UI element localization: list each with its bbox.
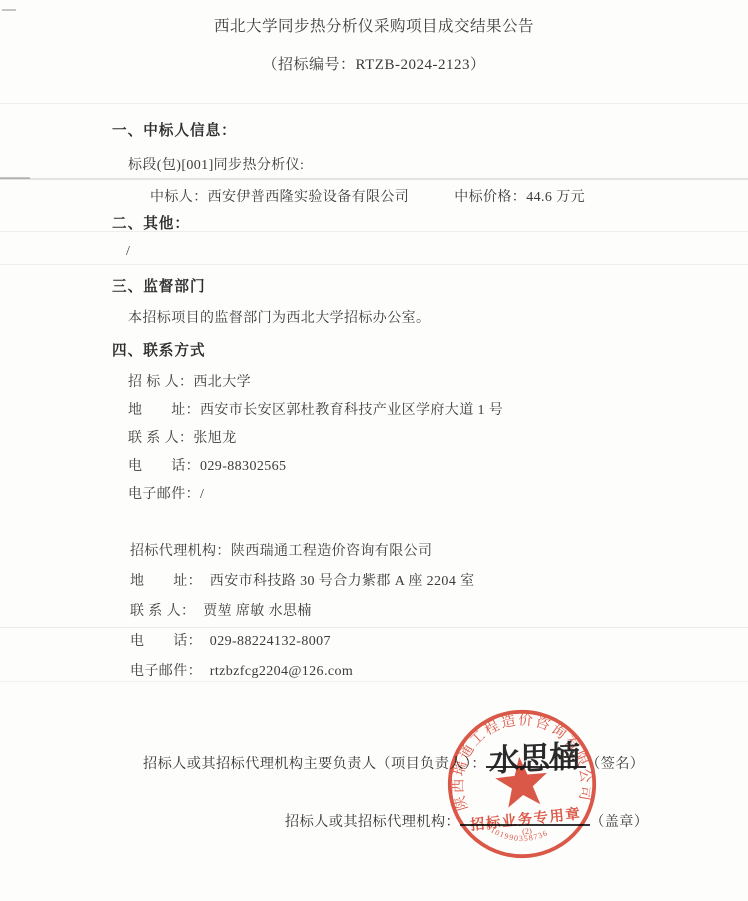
owner-email-row: 电子邮件：/ [128,483,204,503]
scan-artifact-line [0,681,748,682]
agency-address-row: 地 址： 西安市科技路 30 号合力紫郡 A 座 2204 室 [130,570,475,590]
winner-name: 中标人：西安伊普西隆实验设备有限公司 [150,190,409,205]
scan-artifact-line [0,264,748,265]
owner-tenderer-row: 招 标 人：西北大学 [128,371,251,391]
winner-price: 中标价格：44.6 万元 [454,190,585,205]
lot-line: 标段(包)[001]同步热分析仪: [128,154,304,174]
tender-number: （招标编号：RTZB-2024-2123） [0,53,748,74]
section-4-heading: 四、联系方式 [112,339,206,360]
page-title: 西北大学同步热分析仪采购项目成交结果公告 [0,14,748,36]
supervision-content: 本招标项目的监督部门为西北大学招标办公室。 [128,307,430,327]
section-2-heading: 二、其他： [112,212,190,233]
company-seal: 陕西瑞通工程造价咨询有限公司 招标业务专用章 (2) 6101990358736 [438,700,605,867]
winner-line: 中标人：西安伊普西隆实验设备有限公司中标价格：44.6 万元 [150,186,585,206]
scan-artifact-mark [2,9,16,11]
agency-phone-row: 电 话： 029-88224132-8007 [130,630,331,650]
scan-artifact-mark [0,177,30,179]
signature-row-label: 招标人或其招标代理机构主要负责人（项目负责人）： [143,756,486,772]
scan-artifact-line [0,627,748,628]
other-content: / [126,244,130,260]
section-3-heading: 三、监督部门 [112,275,206,296]
handwritten-signature: 水思楠 [489,731,579,781]
section-1-heading: 一、中标人信息： [112,119,237,140]
scan-artifact-line [0,178,748,180]
seal-graphic: 陕西瑞通工程造价咨询有限公司 招标业务专用章 (2) 6101990358736 [438,700,605,867]
agency-contact-person-row: 联 系 人： 贾堃 席敏 水思楠 [130,600,312,620]
agency-email-row: 电子邮件： rtzbzfcg2204@126.com [130,660,353,680]
agency-name-row: 招标代理机构：陕西瑞通工程造价咨询有限公司 [130,540,432,560]
scan-artifact-line [0,103,748,104]
owner-phone-row: 电 话：029-88302565 [128,455,286,475]
owner-contact-person-row: 联 系 人：张旭龙 [128,427,237,447]
seal-row-label: 招标人或其招标代理机构： [285,814,460,830]
owner-address-row: 地 址：西安市长安区郭杜教育科技产业区学府大道 1 号 [128,399,503,419]
